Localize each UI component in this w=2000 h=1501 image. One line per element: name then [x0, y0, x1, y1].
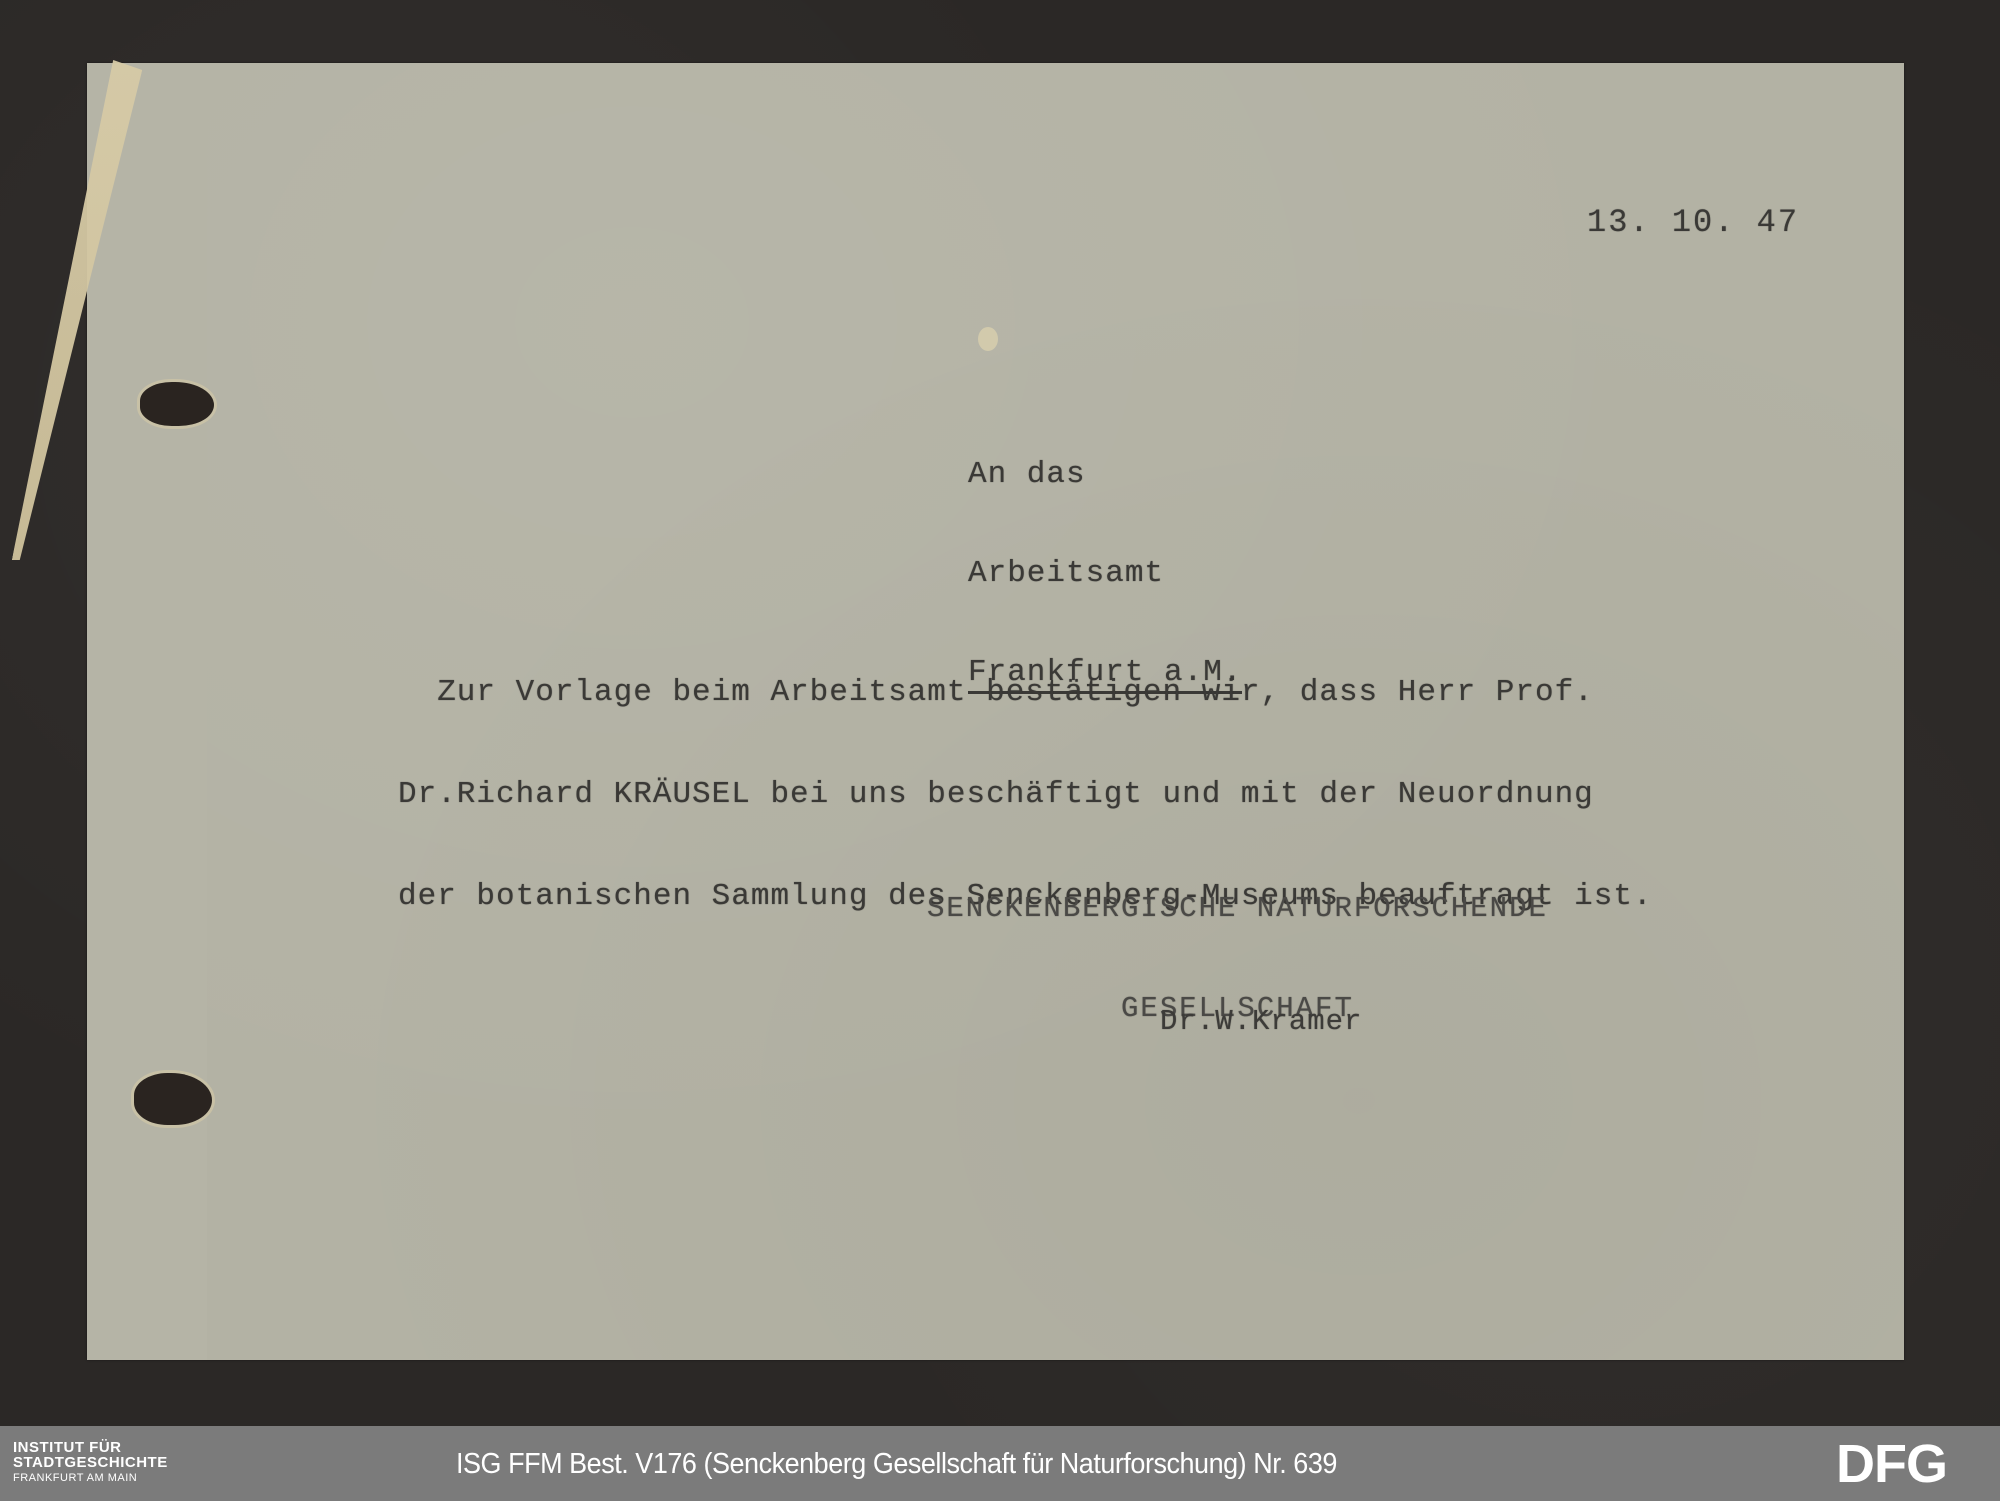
- institute-logo-line: STADTGESCHICHTE: [13, 1455, 168, 1470]
- punch-hole-top: [140, 382, 214, 426]
- institute-logo-subline: FRANKFURT AM MAIN: [13, 1473, 168, 1484]
- body-line: Dr.Richard KRÄUSEL bei uns beschäftigt u…: [398, 778, 1653, 812]
- body-line: Zur Vorlage beim Arbeitsamt bestätigen w…: [398, 676, 1653, 710]
- archive-footer-bar: INSTITUT FÜR STADTGESCHICHTE FRANKFURT A…: [0, 1426, 2000, 1501]
- signatory: Dr.W.Kramer: [1160, 1005, 1362, 1038]
- institute-logo-line: INSTITUT FÜR: [13, 1440, 168, 1455]
- organization-line: SENCKENBERGISCHE NATURFORSCHENDE: [927, 892, 1548, 926]
- letter-date: 13. 10. 47: [1587, 206, 1799, 239]
- punch-hole-bottom: [134, 1073, 212, 1125]
- paper-stain: [978, 327, 998, 351]
- dfg-logo: DFG: [1836, 1437, 1947, 1491]
- paper-fold-flap: [87, 63, 207, 1360]
- institute-logo: INSTITUT FÜR STADTGESCHICHTE FRANKFURT A…: [13, 1440, 168, 1484]
- recipient-line: Arbeitsamt: [968, 557, 1242, 590]
- recipient-line: An das: [968, 458, 1242, 491]
- archive-citation: ISG FFM Best. V176 (Senckenberg Gesellsc…: [456, 1448, 1337, 1481]
